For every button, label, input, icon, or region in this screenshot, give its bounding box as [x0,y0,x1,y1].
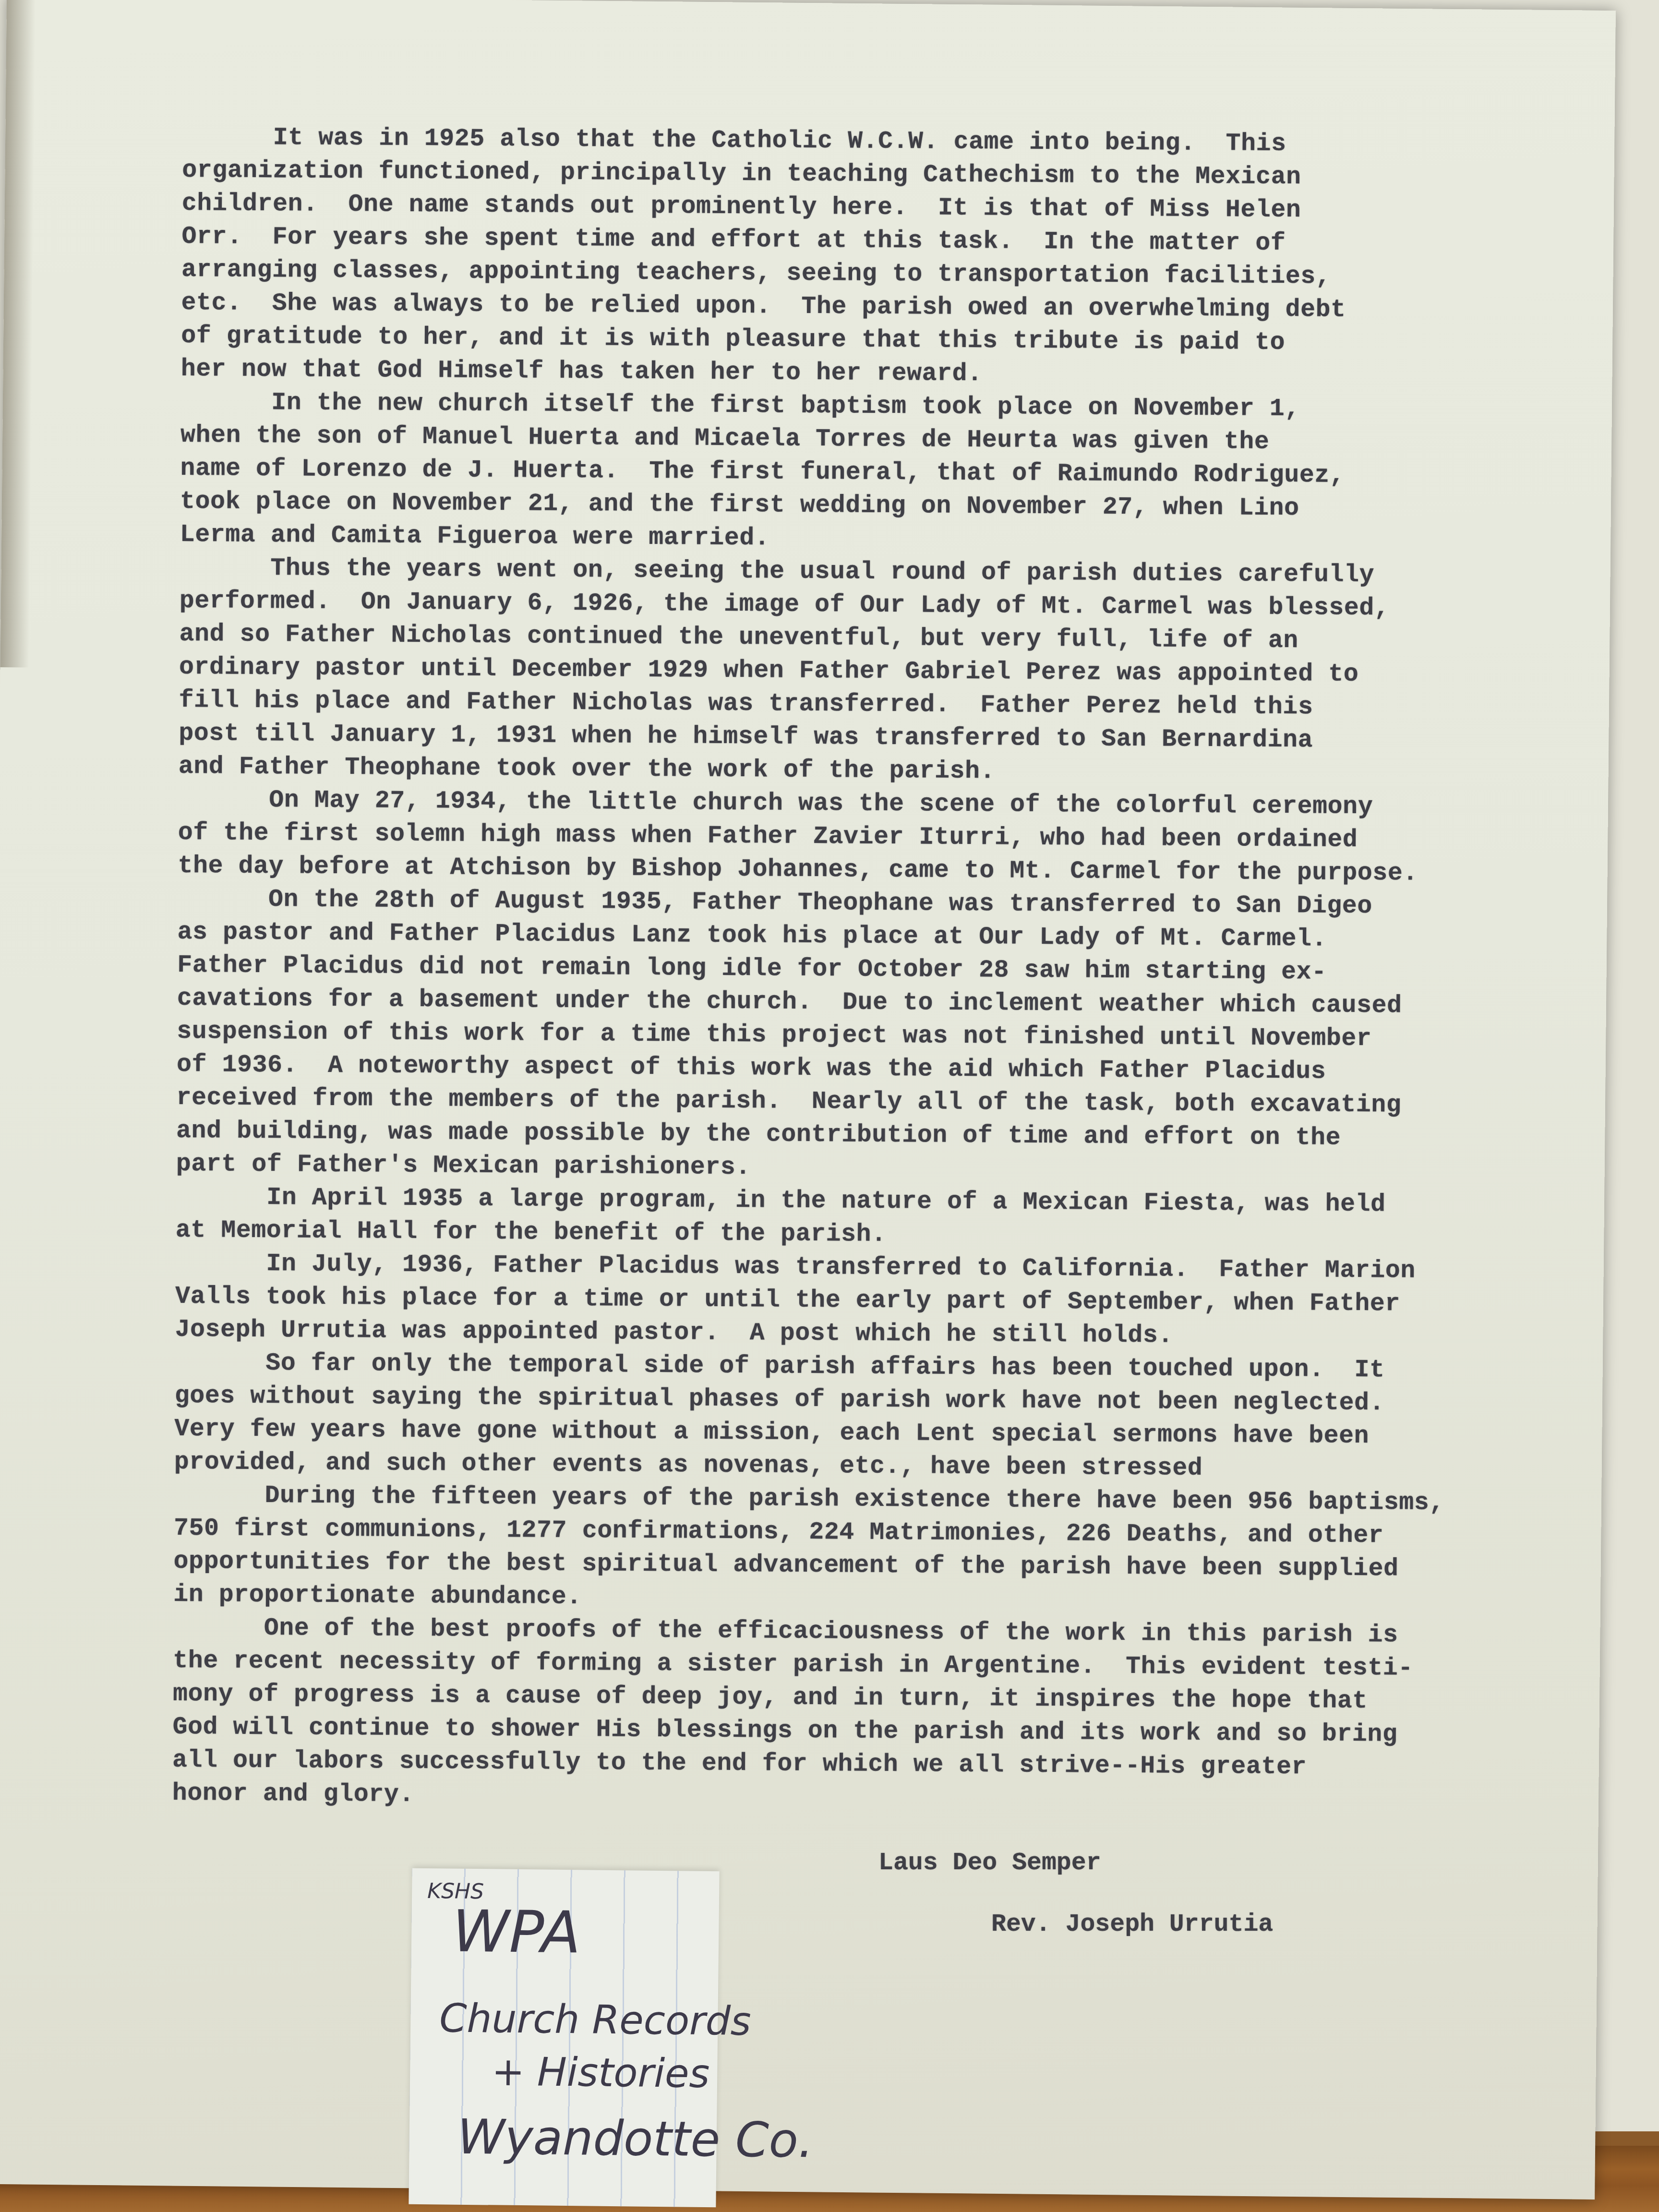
paragraph: One of the best proofs of the efficaciou… [172,1611,1565,1819]
paragraph: It was in 1925 also that the Catholic W.… [181,121,1575,395]
document-body: It was in 1925 also that the Catholic W.… [172,121,1575,1819]
paragraph: In July, 1936, Father Placidus was trans… [175,1247,1567,1355]
note-line-histories: + Histories [492,2049,710,2097]
paragraph: During the fifteen years of the parish e… [173,1479,1566,1620]
paragraph: On May 27, 1934, the little church was t… [178,783,1570,891]
paragraph: So far only the temporal side of parish … [174,1346,1567,1488]
note-line-wpa: WPA [452,1899,581,1967]
page-edge-shadow [0,0,36,668]
paragraph: In April 1935 a large program, in the na… [176,1181,1568,1256]
paragraph: Thus the years went on, seeing the usual… [179,552,1572,792]
paragraph: In the new church itself the first bapti… [180,386,1573,560]
handwritten-catalog-note: KSHS WPA Church Records + Histories Wyan… [409,1868,719,2208]
note-line-church-records: Church Records [439,1996,751,2044]
note-line-county: Wyandotte Co. [457,2109,814,2169]
paragraph: On the 28th of August 1935, Father Theop… [176,883,1570,1190]
signature: Rev. Joseph Urrutia [991,1911,1273,1938]
closing-phrase: Laus Deo Semper [878,1849,1101,1877]
